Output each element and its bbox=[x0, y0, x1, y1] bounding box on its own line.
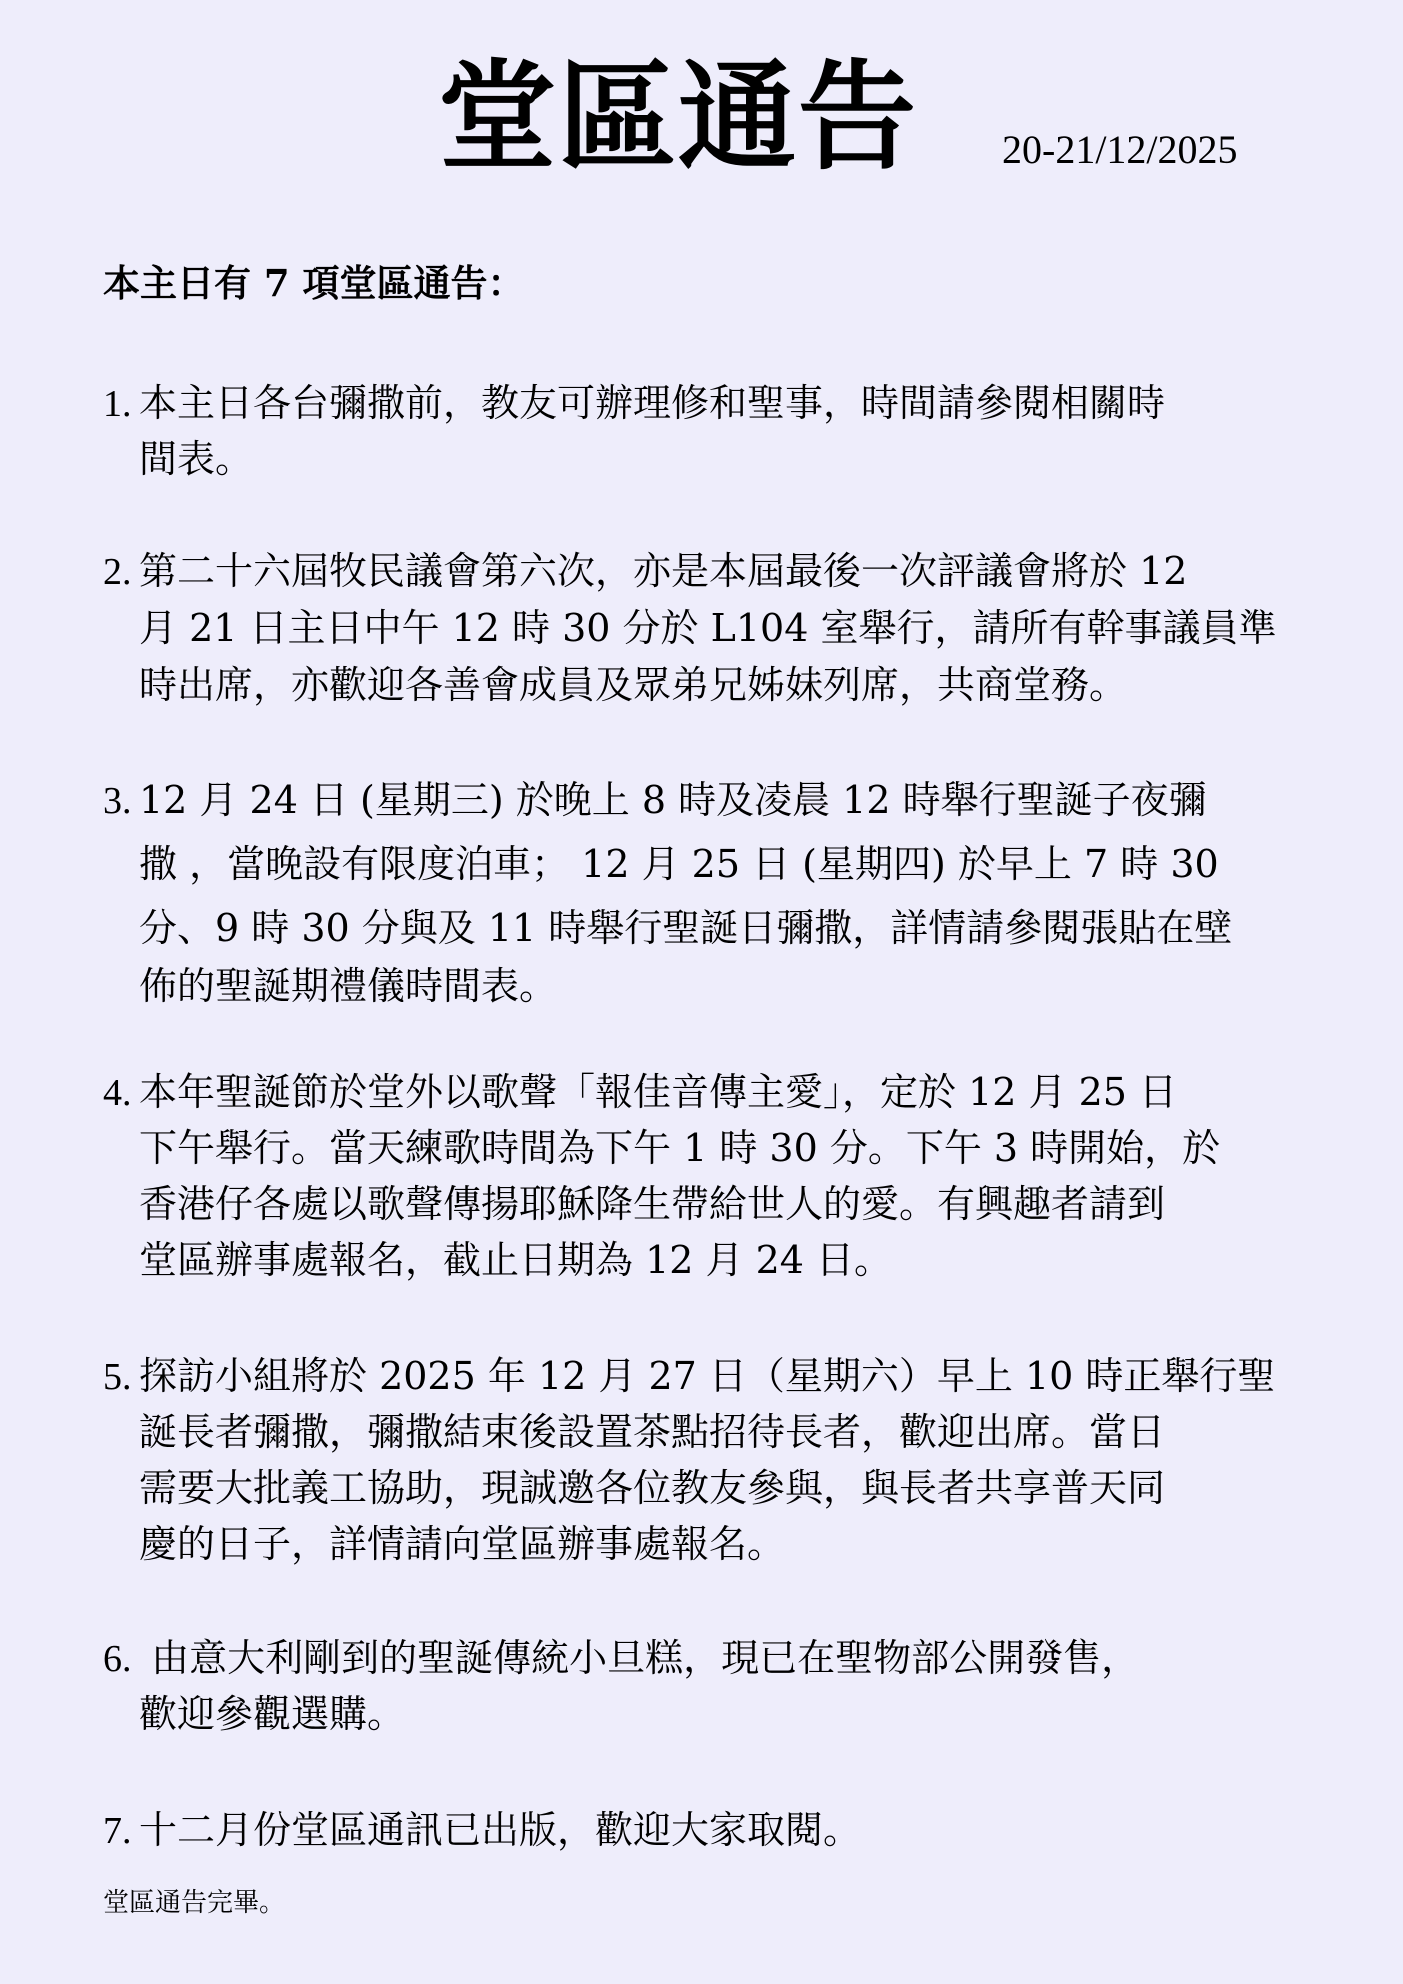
notice-line: 第二十六屆牧民議會第六次，亦是本屆最後一次評議會將於 12 bbox=[139, 543, 1336, 600]
notice-item-4: 4.本年聖誕節於堂外以歌聲「報佳音傳主愛」，定於 12 月 25 日 下午舉行。… bbox=[103, 1064, 1336, 1288]
notice-line: 間表。 bbox=[139, 431, 1336, 487]
intro-heading: 本主日有 7 項堂區通告： bbox=[103, 265, 525, 302]
notice-item-1: 1.本主日各台彌撒前，教友可辦理修和聖事，時間請參閱相關時 間表。 bbox=[103, 375, 1336, 487]
notice-number: 4. bbox=[103, 1065, 139, 1121]
notice-line: 由意大利剛到的聖誕傳統小旦糕，現已在聖物部公開發售， bbox=[139, 1630, 1336, 1686]
notice-line: 本主日各台彌撒前，教友可辦理修和聖事，時間請參閱相關時 bbox=[139, 375, 1336, 431]
notice-line: 時出席，亦歡迎各善會成員及眾弟兄姊妹列席，共商堂務。 bbox=[139, 657, 1336, 714]
notice-line: 探訪小組將於 2025 年 12 月 27 日（星期六）早上 10 時正舉行聖 bbox=[139, 1348, 1336, 1404]
notice-line: 本年聖誕節於堂外以歌聲「報佳音傳主愛」，定於 12 月 25 日 bbox=[139, 1064, 1336, 1120]
notice-line: 12 月 24 日 (星期三) 於晚上 8 時及凌晨 12 時舉行聖誕子夜彌 bbox=[139, 768, 1336, 832]
notice-line: 月 21 日主日中午 12 時 30 分於 L104 室舉行，請所有幹事議員準 bbox=[139, 600, 1336, 657]
notice-item-5: 5.探訪小組將於 2025 年 12 月 27 日（星期六）早上 10 時正舉行… bbox=[103, 1348, 1336, 1572]
notice-number: 5. bbox=[103, 1349, 139, 1405]
notice-item-7: 7.十二月份堂區通訊已出版，歡迎大家取閱。 bbox=[103, 1802, 1336, 1858]
notice-line: 香港仔各處以歌聲傳揚耶穌降生帶給世人的愛。有興趣者請到 bbox=[139, 1176, 1336, 1232]
notice-number: 2. bbox=[103, 544, 139, 601]
notice-line: 慶的日子，詳情請向堂區辦事處報名。 bbox=[139, 1516, 1336, 1572]
notice-line: 佈的聖誕期禮儀時間表。 bbox=[139, 954, 1336, 1018]
notice-number: 7. bbox=[103, 1803, 139, 1859]
notice-line: 十二月份堂區通訊已出版，歡迎大家取閱。 bbox=[139, 1802, 1336, 1858]
notice-line: 下午舉行。當天練歌時間為下午 1 時 30 分。下午 3 時開始，於 bbox=[139, 1120, 1336, 1176]
notice-item-2: 2.第二十六屆牧民議會第六次，亦是本屆最後一次評議會將於 12 月 21 日主日… bbox=[103, 543, 1336, 714]
notice-item-3: 3.12 月 24 日 (星期三) 於晚上 8 時及凌晨 12 時舉行聖誕子夜彌… bbox=[103, 768, 1336, 1012]
notice-line: 歡迎參觀選購。 bbox=[139, 1686, 1336, 1742]
notice-item-6: 6. 由意大利剛到的聖誕傳統小旦糕，現已在聖物部公開發售， 歡迎參觀選購。 bbox=[103, 1630, 1336, 1742]
notice-line: 堂區辦事處報名，截止日期為 12 月 24 日。 bbox=[139, 1232, 1336, 1288]
notice-number: 6. bbox=[103, 1631, 139, 1687]
notice-date: 20-21/12/2025 bbox=[1002, 130, 1238, 170]
notice-number: 3. bbox=[103, 769, 139, 833]
notice-line: 撒 ，當晚設有限度泊車； 12 月 25 日 (星期四) 於早上 7 時 30 bbox=[139, 832, 1336, 896]
notice-number: 1. bbox=[103, 376, 139, 432]
closing-note: 堂區通告完畢。 bbox=[103, 1890, 285, 1916]
notice-line: 誕長者彌撒，彌撒結束後設置茶點招待長者，歡迎出席。當日 bbox=[139, 1404, 1336, 1460]
page-title: 堂區通告 bbox=[438, 58, 918, 176]
notice-page: 堂區通告 20-21/12/2025 本主日有 7 項堂區通告： 1.本主日各台… bbox=[0, 0, 1403, 1984]
notice-line: 分、9 時 30 分與及 11 時舉行聖誕日彌撒，詳情請參閱張貼在壁 bbox=[139, 896, 1336, 960]
notice-line: 需要大批義工協助，現誠邀各位教友參與，與長者共享普天同 bbox=[139, 1460, 1336, 1516]
